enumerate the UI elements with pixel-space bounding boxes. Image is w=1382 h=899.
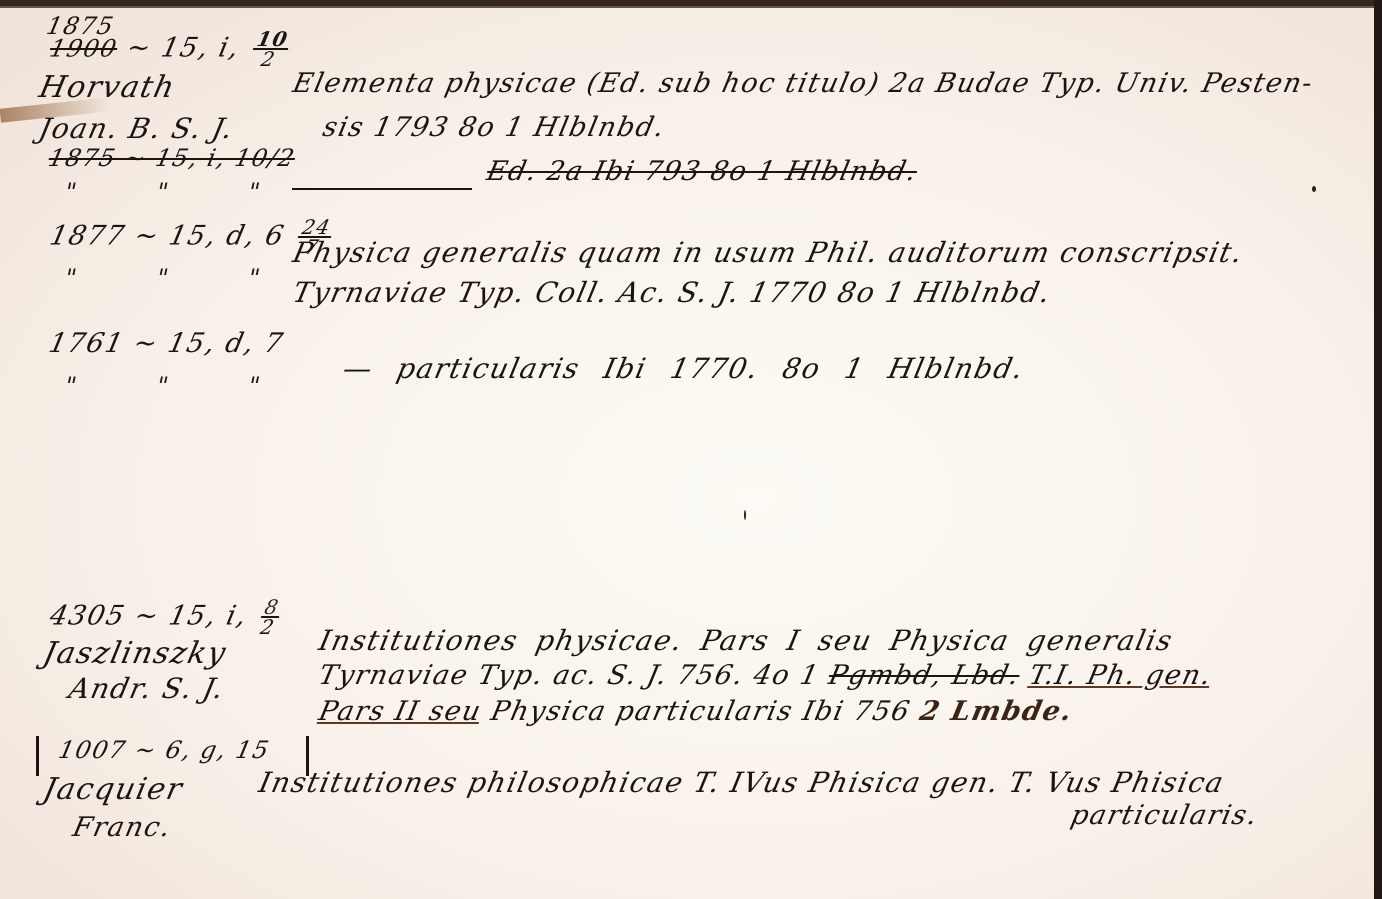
title-line-1: Institutiones physicae. Pars I seu Physi… xyxy=(316,624,1176,657)
title-line-3: Pars II seu Physica particularis Ibi 756… xyxy=(316,696,1076,727)
bracket-left xyxy=(36,736,39,776)
author-surname: Jacquier xyxy=(40,772,186,807)
title-line-2: Tyrnaviae Typ. Coll. Ac. S. J. 1770 8o 1… xyxy=(290,276,1054,309)
struck-edition-line: Ed. 2a Ibi 793 8o 1 Hlblnbd. xyxy=(484,156,920,187)
shelfmark-number: 4305 xyxy=(47,601,128,632)
struck-binding: Pgmbd, Lbd. xyxy=(826,660,1023,691)
title-line-1: — particularis Ibi 1770. 8o 1 Hlblnbd. xyxy=(340,352,1027,385)
shelfmark-rest: ~ 6, g, 15 xyxy=(132,736,272,764)
shelfmark-line: 1900 ~ 15, i, 10 2 xyxy=(46,30,292,68)
ditto-marks: " " " xyxy=(62,264,264,292)
card-right-edge xyxy=(1374,0,1382,899)
ink-speck xyxy=(744,510,746,520)
shelfmark-line: 4305 ~ 15, i, 8 2 xyxy=(46,598,283,636)
shelfmark-rest: ~ 15, d, 6 xyxy=(132,221,288,252)
author-given-name: Andr. S. J. xyxy=(66,672,228,705)
author-given-name: Franc. xyxy=(70,812,174,843)
ditto-dash xyxy=(292,188,472,190)
struck-shelfmark: 1875 ~ 15, i, 10/2 xyxy=(46,144,298,172)
title-line-2: Tyrnaviae Typ. ac. S. J. 756. 4o 1 Pgmbd… xyxy=(316,660,1215,691)
volume-note: T.I. Ph. gen. xyxy=(1026,660,1215,691)
ditto-marks: " " " xyxy=(62,178,264,206)
shelfmark-old-number: 1900 xyxy=(47,35,120,63)
shelfmark-number: 1877 xyxy=(47,221,128,252)
shelfmark-number: 1007 xyxy=(56,736,129,764)
shelfmark-line: 1007 ~ 6, g, 15 xyxy=(56,736,273,764)
title-line-1: Institutiones philosophicae T. IVus Phis… xyxy=(256,766,1228,799)
author-given-name: Joan. B. S. J. xyxy=(36,112,237,145)
shelfmark-rest: ~ 15, i, xyxy=(124,33,243,64)
ink-speck xyxy=(1312,186,1316,192)
shelfmark-line: 1761 ~ 15, d, 7 xyxy=(46,328,287,359)
author-surname: Jaszlinszky xyxy=(40,636,230,671)
catalog-card: 1875 1900 ~ 15, i, 10 2 Horvath Joan. B.… xyxy=(0,6,1376,899)
shelfmark-line: 1877 ~ 15, d, 6 24 7 xyxy=(46,218,335,256)
shelfmark-rest: ~ 15, d, 7 xyxy=(131,328,287,359)
shelfmark-number: 1761 xyxy=(46,328,127,359)
ditto-marks: " " " xyxy=(62,372,264,400)
title-line-2: sis 1793 8o 1 Hlblnbd. xyxy=(320,112,668,143)
title-line-1: Physica generalis quam in usum Phil. aud… xyxy=(290,236,1247,269)
shelfmark-fraction: 8 2 xyxy=(257,598,283,636)
shelfmark-fraction: 10 2 xyxy=(249,30,292,68)
title-line-2: particularis. xyxy=(1068,800,1261,831)
part-two-label: Pars II seu xyxy=(316,696,485,727)
title-line-1: Elementa physicae (Ed. sub hoc titulo) 2… xyxy=(290,68,1316,99)
shelfmark-rest: ~ 15, i, xyxy=(132,601,251,632)
author-surname: Horvath xyxy=(36,70,179,105)
